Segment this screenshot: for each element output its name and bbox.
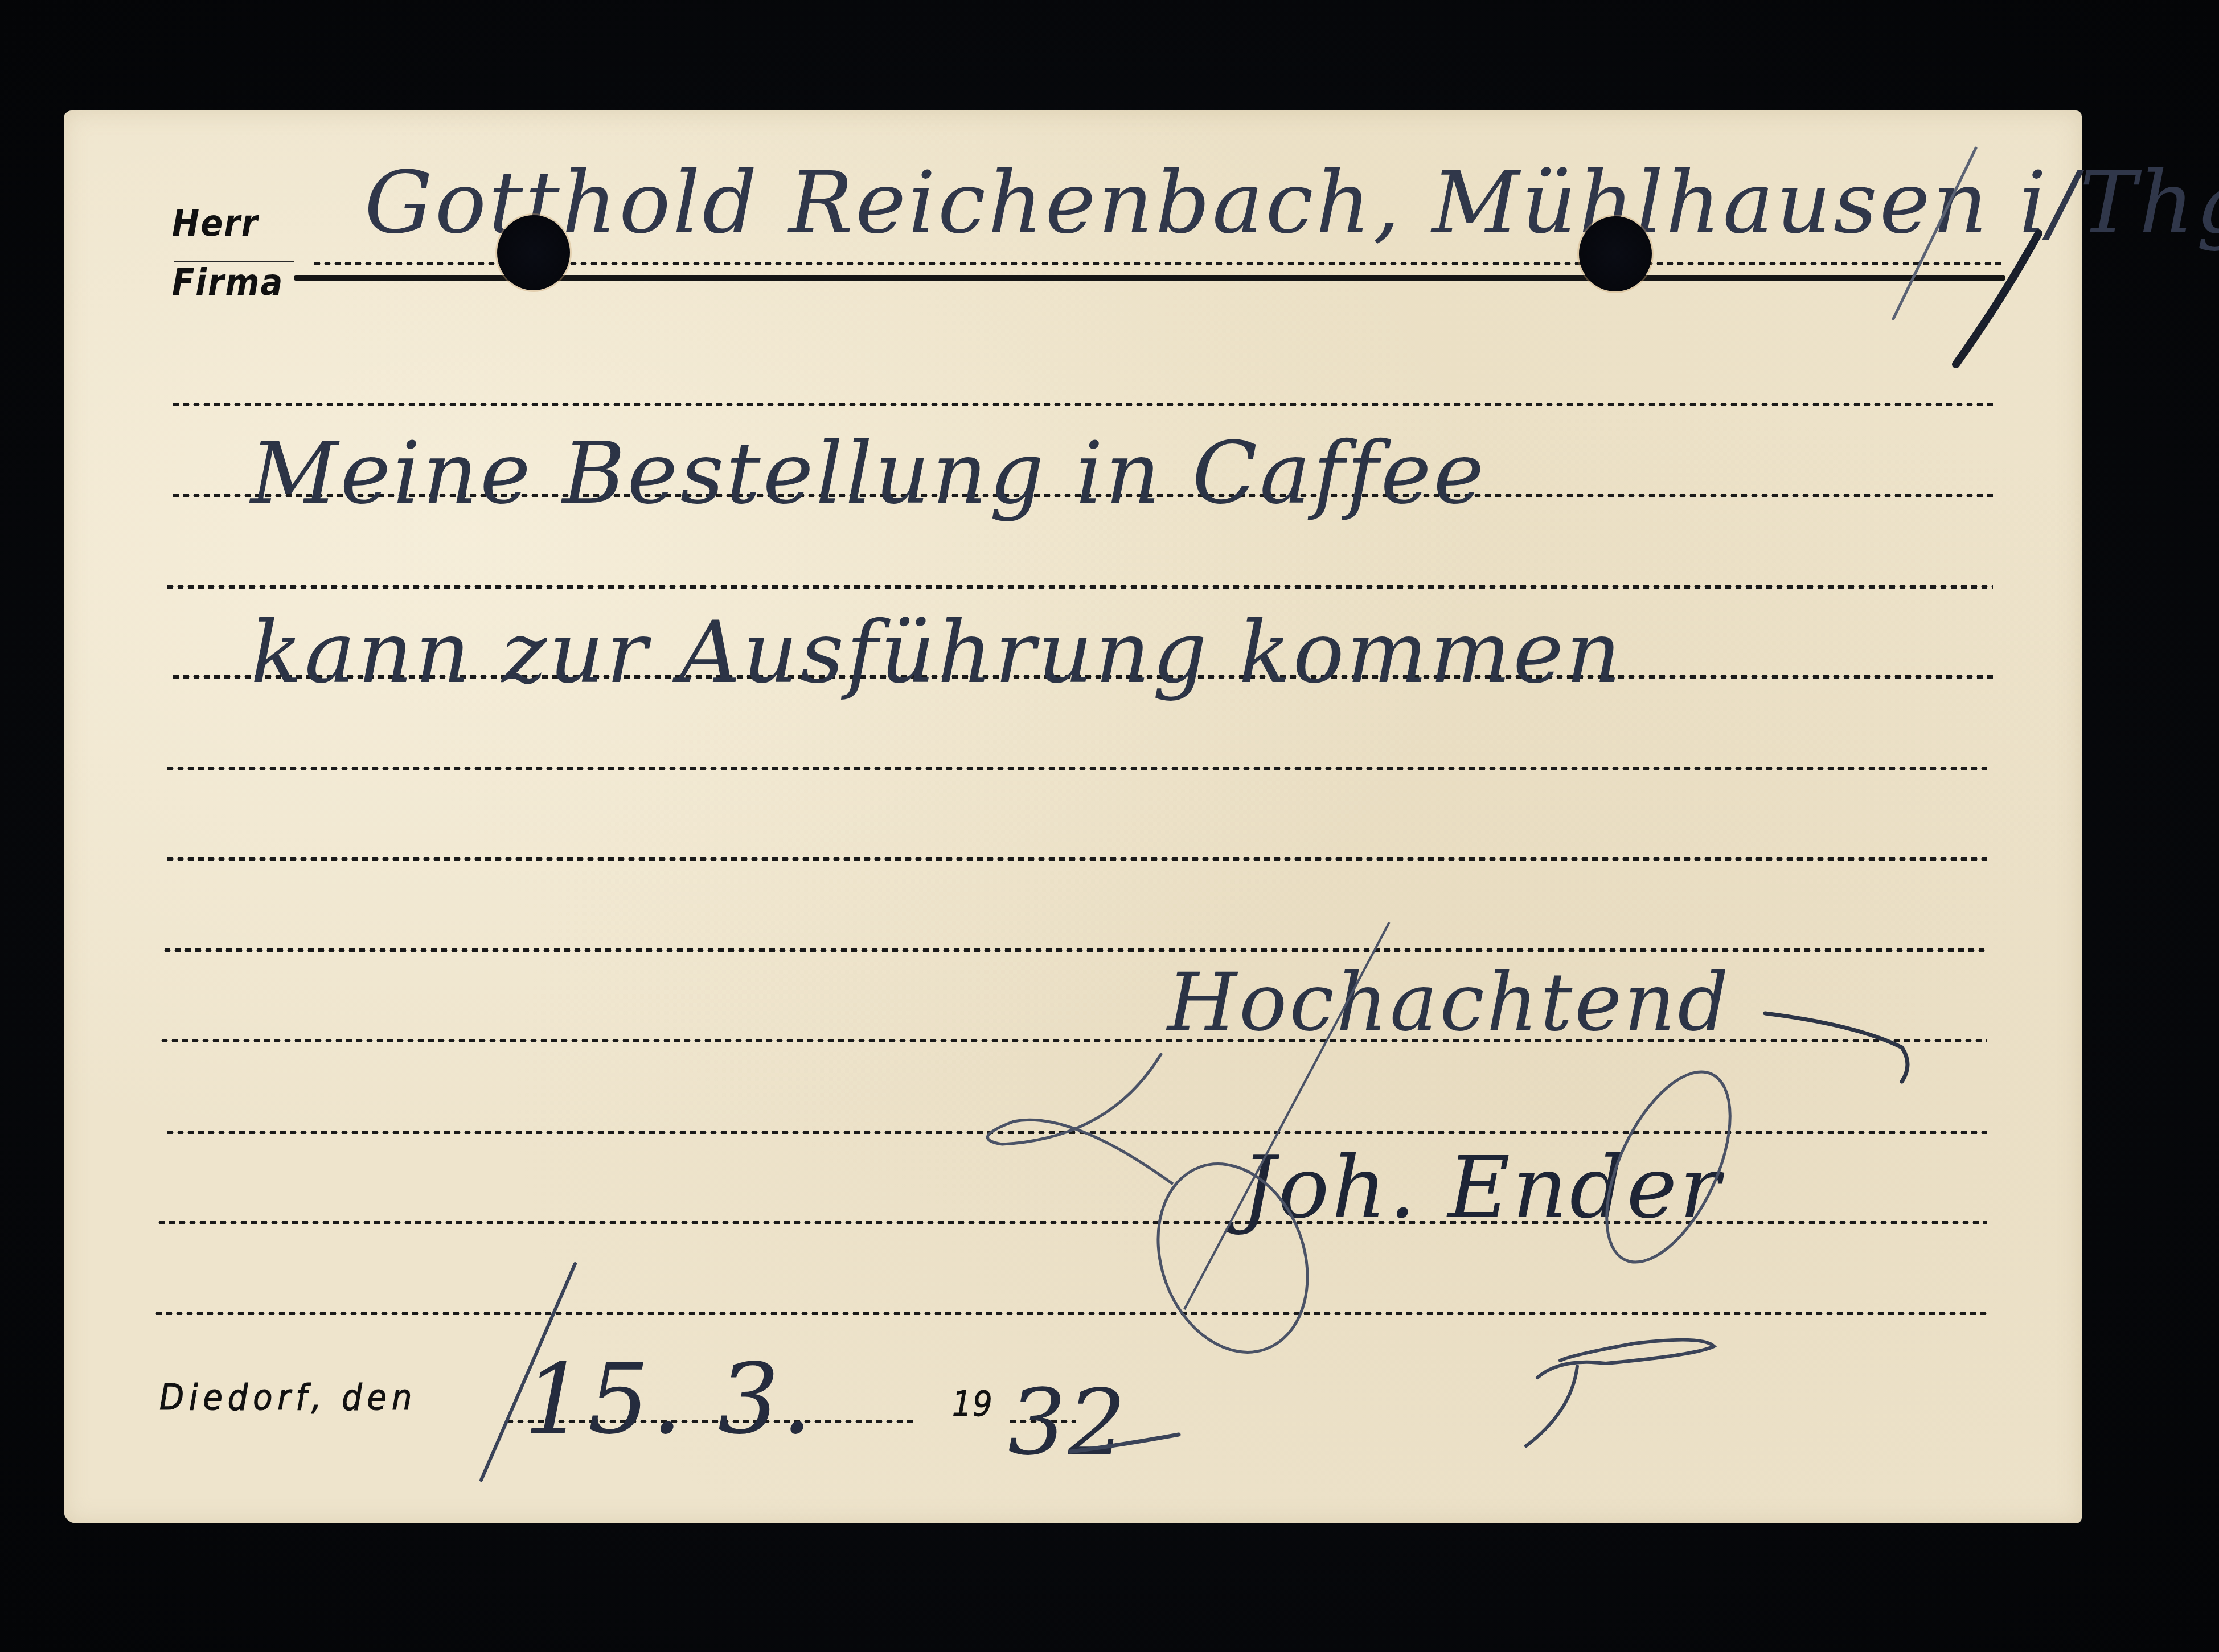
ruled-line	[154, 1312, 1990, 1315]
ruled-line	[162, 948, 1987, 952]
handwritten-message-line-1: Meine Bestellung in Caffee	[251, 424, 1486, 523]
ruled-line	[165, 857, 1987, 861]
label-herr: Herr	[172, 203, 259, 245]
label-firma: Firma	[172, 262, 284, 304]
ruled-line	[165, 1131, 1987, 1134]
punch-hole-left	[497, 215, 570, 290]
handwritten-recipient: Gotthold Reichenbach, Mühlhausen i/Thg	[364, 154, 2219, 253]
handwritten-signature: Joh. Ender	[1241, 1139, 1722, 1238]
handwritten-closing: Hochachtend	[1167, 956, 1731, 1049]
handwritten-date: 15. 3.	[524, 1343, 815, 1456]
ruled-line	[165, 767, 1987, 770]
handwritten-message-line-2: kann zur Ausführung kommen	[251, 603, 1623, 702]
ruled-line	[165, 585, 1993, 589]
punch-hole-right	[1579, 216, 1652, 291]
ruled-line	[171, 403, 1993, 406]
label-century: 19	[952, 1384, 994, 1424]
label-place-date: Diedorf, den	[159, 1376, 417, 1418]
handwritten-year: 32	[1008, 1369, 1129, 1476]
